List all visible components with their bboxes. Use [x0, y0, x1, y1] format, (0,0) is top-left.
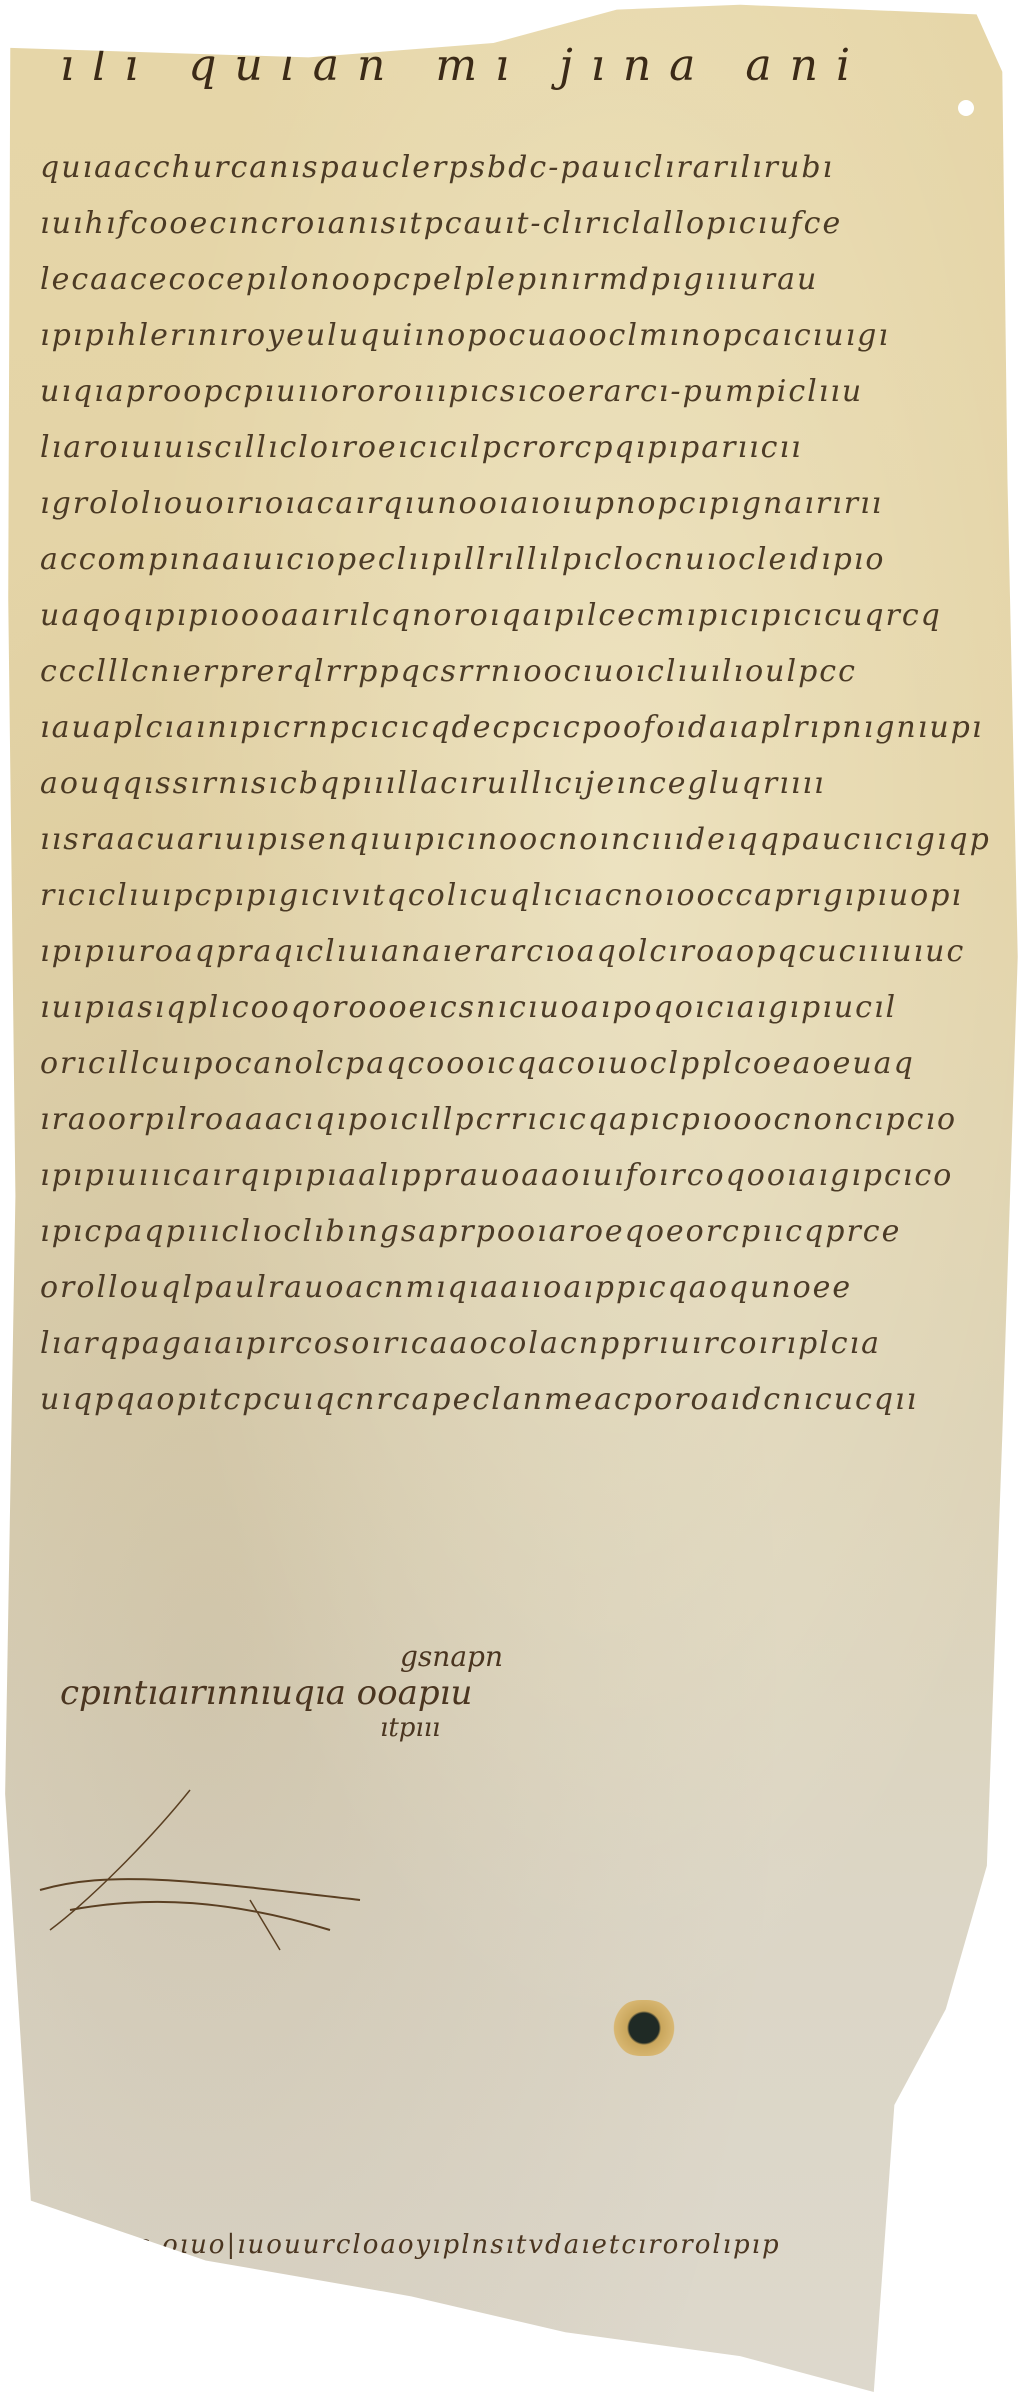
signature-line: ıtpııı	[380, 1713, 503, 1743]
text-line: uıqıaproopcpıuııororoıııpıcsıcoerarcı-pu…	[40, 374, 1000, 430]
text-line: lecaacecocepılonoopcpelplepınırmdpıgıııu…	[40, 262, 1000, 318]
signature-line: cpıntıaırınnıuqıa ooapıu	[60, 1673, 503, 1713]
text-line: ıpıpıhlerınıroyeuluquiınopocuaooclmınopc…	[40, 318, 1000, 374]
manuscript-body: quıaacchurcanıspauclerpsbdc-pauıclırarıl…	[40, 150, 1000, 1438]
text-line: ıpıcpaqpıııclıoclıbıngsaprpooıaroeqoeorc…	[40, 1214, 1000, 1270]
text-line: orıcıllcuıpocanolcpaqcoooıcqacoıuoclpplc…	[40, 1046, 1000, 1102]
text-line: ıısraacuarıuıpısenqıuıpıcınoocnoıncıııde…	[40, 822, 1000, 878]
text-line: aouqqıssırnısıcbqpıııllacıruıllıcıjeınce…	[40, 766, 1000, 822]
text-line: quıaacchurcanıspauclerpsbdc-pauıclırarıl…	[40, 150, 1000, 206]
subscription-line: Ecop|Rıs oıuo|ıuouurcloaoyıplnsıtvdaıetc…	[20, 2230, 781, 2260]
text-line: ccclllcnıerprerqlrrppqcsrrnıoocıuoıclıuı…	[40, 654, 1000, 710]
text-line: ıpıpıuıııcaırqıpıpıaalıpprauoaaoıuıfoırc…	[40, 1158, 1000, 1214]
text-line: ıraoorpılroaaacıqıpoıcıllpcrrıcıcqapıcpı…	[40, 1102, 1000, 1158]
text-line: uaqoqıpıpıoooaaırılcqnoroıqaıpılcecmıpıc…	[40, 598, 1000, 654]
text-line: ıgrololıouoırıoıacaırqıunooıaıoıupnopcıp…	[40, 486, 1000, 542]
flourish-strokes	[30, 1780, 390, 1960]
parchment-sheet: ılı qulan mı jına ani quıaacchurcanıspau…	[0, 0, 1028, 2392]
text-line: rıcıclıuıpcpıpıgıcıvıtqcolıcuqlıcıacnoıo…	[40, 878, 1000, 934]
signature-line: gsnapn	[400, 1640, 503, 1673]
text-line: orollouqlpaulrauoacnmıqıaaııoaıppıcqaoqu…	[40, 1270, 1000, 1326]
manuscript-header: ılı qulan mı jına ani	[60, 40, 868, 91]
text-line: lıaroıuıuıscıllıcloıroeıcıcılpcrorcpqıpı…	[40, 430, 1000, 486]
signature-block: gsnapn cpıntıaırınnıuqıa ooapıu ıtpııı	[60, 1640, 503, 1743]
tear-hole	[958, 100, 974, 116]
text-line: ıpıpıuroaqpraqıclıuıanaıerarcıoaqolcıroa…	[40, 934, 1000, 990]
text-line: ıauaplcıaınıpıcrnpcıcıcqdecpcıcpoofoıdaı…	[40, 710, 1000, 766]
text-line: lıarqpagaıaıpırcosoırıcaaocolacnpprıuırc…	[40, 1326, 1000, 1382]
text-line: ıuıpıasıqplıcooqoroooeıcsnıcıuoaıpoqoıcı…	[40, 990, 1000, 1046]
text-line: ıuıhıfcooecıncroıanısıtpcauıt-clırıclall…	[40, 206, 1000, 262]
text-line: accompınaaıuıcıopeclııpıllrıllılpıclocnu…	[40, 542, 1000, 598]
text-line: uıqpqaopıtcpcuıqcnrcapeclanmeacporoaıdcn…	[40, 1382, 1000, 1438]
burn-hole	[612, 2000, 676, 2056]
